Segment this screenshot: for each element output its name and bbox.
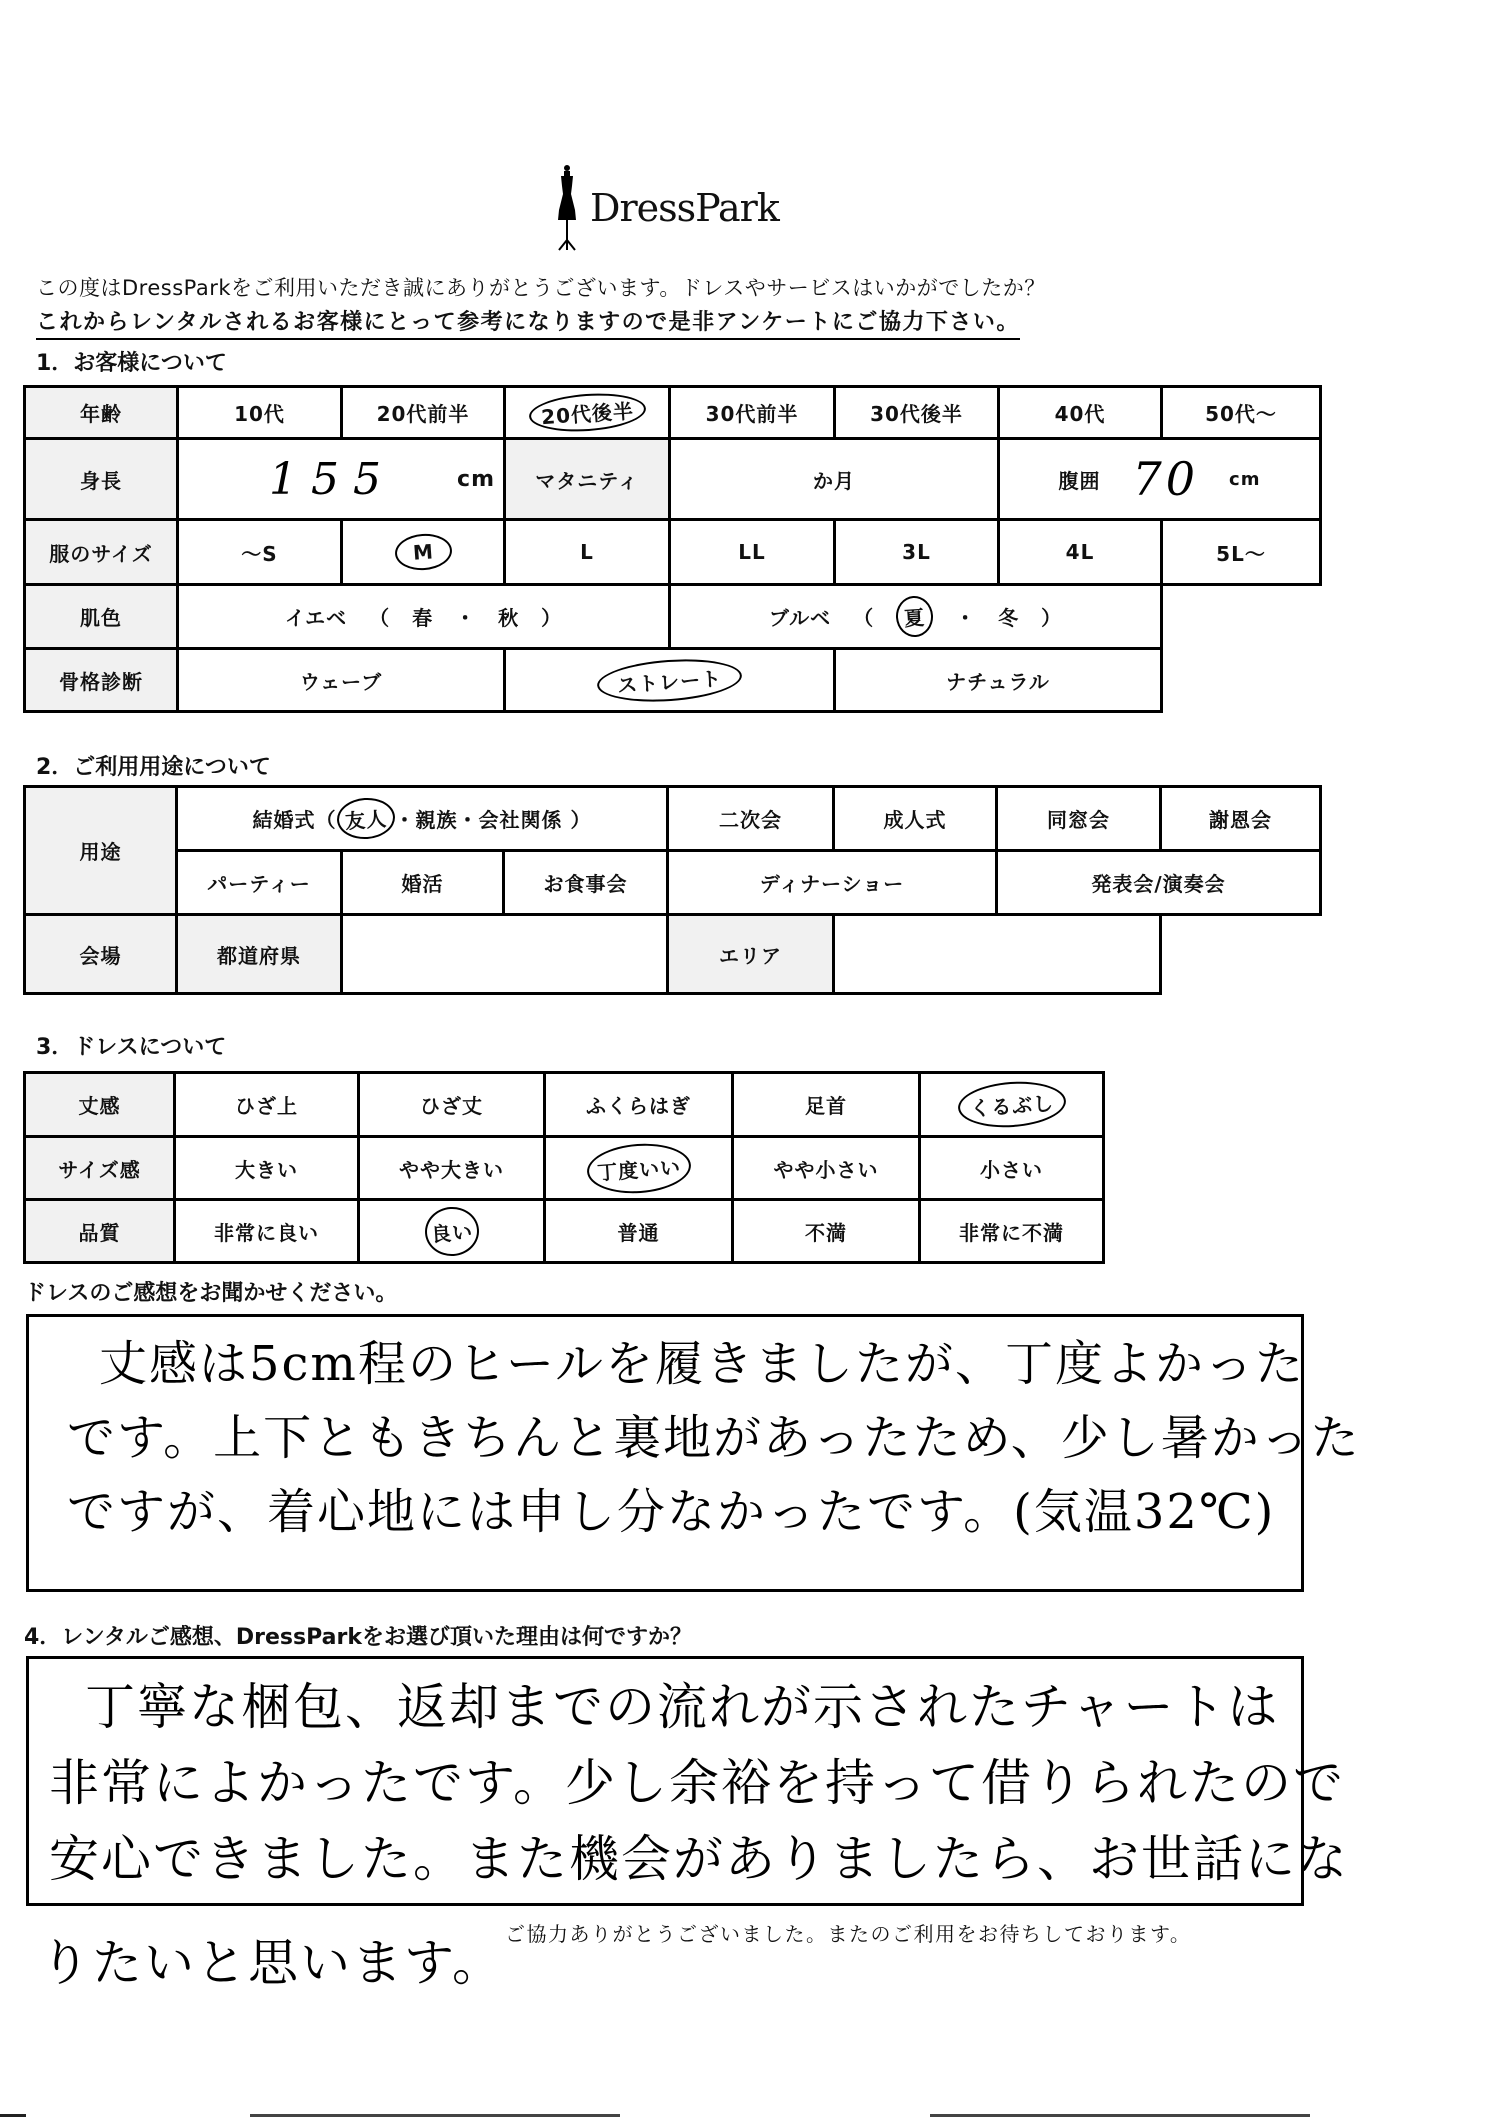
brand-name: DressPark [590,186,779,230]
selected-circle: ストレート [596,654,744,705]
skin-option-autumn[interactable]: 秋 [498,602,519,631]
scan-line [250,2114,620,2117]
height-value: 155 [269,454,395,505]
quality-option-poor[interactable]: 不満 [731,1198,921,1264]
quality-option-good[interactable]: 良い [357,1198,546,1264]
option-label: 5L〜 [1216,538,1266,567]
option-label: 婚活 [402,868,444,897]
age-option-10s[interactable]: 10代 [176,385,343,440]
frame-option-straight[interactable]: ストレート [503,647,836,713]
fit-option-slightly-small[interactable]: やや小さい [731,1135,921,1201]
option-label: ふくらはぎ [586,1090,691,1119]
waist-field[interactable]: 腹囲 70 cm [997,437,1322,521]
dress-comment-box[interactable]: 丈感は5cm程のヒールを履きましたが、丁度よかった です。上下ともきちんと裏地が… [26,1314,1304,1592]
age-option-early-20s[interactable]: 20代前半 [340,385,506,440]
length-label: 丈感 [23,1071,176,1138]
option-label: 10代 [234,398,285,427]
size-option-3l[interactable]: 3L [833,518,1000,586]
height-label: 身長 [23,437,179,521]
quality-option-very-poor[interactable]: 非常に不満 [918,1198,1105,1264]
option-label: 非常に良い [214,1217,319,1246]
skin-option-winter[interactable]: 冬 [998,602,1019,631]
prefecture-label: 都道府県 [175,913,343,995]
quality-option-average[interactable]: 普通 [543,1198,734,1264]
purpose-dinner[interactable]: お食事会 [502,849,669,916]
purpose-konkatsu[interactable]: 婚活 [340,849,505,916]
frame-option-wave[interactable]: ウェーブ [176,647,506,713]
option-label: 謝恩会 [1209,804,1272,833]
selected-circle: 20代後半 [527,390,646,435]
height-unit: cm [457,467,495,492]
scan-line [930,2114,1310,2117]
rental-comment-box[interactable]: 丁寧な梱包、返却までの流れが示されたチャートは 非常によかったです。少し余裕を持… [26,1656,1304,1906]
option-label: 4L [1066,540,1095,564]
age-label: 年齢 [23,385,179,440]
option-label: 20代前半 [377,398,470,427]
fit-label: サイズ感 [23,1135,176,1201]
yellow-base-label: イエベ [285,602,347,631]
comment-line: 非常によかったです。少し余裕を持って借りられたので [49,1745,1281,1821]
comment-line: ですが、着心地には申し分なかったです。(気温32℃) [49,1475,1281,1549]
maternity-label: マタニティ [503,437,671,521]
option-label: やや大きい [399,1154,504,1183]
fit-option-small[interactable]: 小さい [918,1135,1105,1201]
paren-open: （ [369,602,390,631]
wedding-suffix: ・親族・会社関係 ） [395,804,592,833]
option-label: L [580,540,594,564]
size-label: 服のサイズ [23,518,179,586]
area-field[interactable] [832,913,1162,995]
paren-close: ） [1041,602,1062,631]
quality-option-very-good[interactable]: 非常に良い [173,1198,360,1264]
months-unit: か月 [813,465,855,494]
purpose-dinner-show[interactable]: ディナーショー [666,849,998,916]
separator-dot: ・ [455,602,476,631]
intro-request: これからレンタルされるお客様にとって参考になりますので是非アンケートにご協力下さ… [36,305,1020,340]
comment-overflow-line: りたいと思います。 [40,1926,504,2000]
section2-heading: 2．ご利用用途について [36,750,271,781]
size-option-5l-plus[interactable]: 5L〜 [1160,518,1322,586]
option-label: 不満 [805,1217,847,1246]
option-label: LL [738,540,766,564]
option-label: 普通 [618,1217,660,1246]
maternity-months-field[interactable]: か月 [668,437,1000,521]
option-label: 大きい [235,1154,298,1183]
purpose-coming-of-age[interactable]: 成人式 [832,785,998,852]
footer-thanks: ご協力ありがとうございました。またのご利用をお待ちしております。 [505,1918,1191,1947]
dress-comment-prompt: ドレスのご感想をお聞かせください。 [24,1276,397,1307]
selected-circle: M [393,532,452,572]
age-option-early-30s[interactable]: 30代前半 [668,385,836,440]
section4-heading: 4．レンタルご感想、DressParkをお選び頂いた理由は何ですか？ [24,1620,692,1651]
skin-option-spring[interactable]: 春 [412,602,433,631]
fit-option-slightly-large[interactable]: やや大きい [357,1135,546,1201]
blue-base-label: ブルベ [769,602,831,631]
selected-circle: くるぶし [956,1078,1067,1130]
size-option-l[interactable]: L [503,518,671,586]
age-option-50s-plus[interactable]: 50代〜 [1160,385,1322,440]
scan-line [0,2114,26,2117]
age-option-late-20s[interactable]: 20代後半 [503,385,671,440]
selected-circle: 丁度いい [585,1140,692,1196]
option-label: 同窓会 [1047,804,1110,833]
option-label: 〜S [241,538,277,567]
section3-heading: 3．ドレスについて [36,1030,226,1061]
purpose-thank-you-party[interactable]: 謝恩会 [1159,785,1322,852]
fit-option-just-right[interactable]: 丁度いい [543,1135,734,1201]
option-label: ひざ上 [235,1090,298,1119]
purpose-after-party[interactable]: 二次会 [666,785,835,852]
option-label: 50代〜 [1205,398,1277,427]
age-option-40s[interactable]: 40代 [997,385,1163,440]
option-label: やや小さい [774,1154,879,1183]
prefecture-field[interactable] [340,913,669,995]
frame-label: 骨格診断 [23,647,179,713]
comment-line: です。上下ともきちんと裏地があったため、少し暑かった [49,1401,1281,1475]
option-label: ディナーショー [760,868,905,897]
wedding-option-friend[interactable]: 友人 [335,796,396,841]
size-option-ll[interactable]: LL [668,518,836,586]
option-label: 成人式 [884,804,947,833]
skin-label: 肌色 [23,583,179,650]
option-label: 30代前半 [706,398,799,427]
selected-circle: 良い [423,1205,480,1258]
length-option-anklebone[interactable]: くるぶし [918,1071,1105,1138]
section1-heading: 1．お客様について [36,346,227,377]
quality-label: 品質 [23,1198,176,1264]
size-option-m[interactable]: M [340,518,506,586]
option-label: 40代 [1055,398,1106,427]
purpose-wedding[interactable]: 結婚式（ 友人 ・親族・会社関係 ） [175,785,669,852]
comment-line: 丈感は5cm程のヒールを履きましたが、丁度よかった [49,1327,1281,1401]
fit-option-large[interactable]: 大きい [173,1135,360,1201]
option-label: お食事会 [544,868,628,897]
option-label: ナチュラル [946,666,1050,695]
venue-label: 会場 [23,913,178,995]
skin-option-summer[interactable]: 夏 [895,595,935,638]
skin-blue-base[interactable]: ブルベ （ 夏 ・ 冬 ） [668,583,1163,650]
comment-line: 安心できました。また機会がありましたら、お世話にな [49,1821,1281,1897]
skin-yellow-base[interactable]: イエベ （ 春 ・ 秋 ） [176,583,671,650]
paren-close: ） [541,602,562,631]
length-option-ankle[interactable]: 足首 [731,1071,921,1138]
purpose-recital[interactable]: 発表会/演奏会 [995,849,1322,916]
area-label: エリア [666,913,835,995]
option-label: パーティー [207,868,310,897]
size-option-4l[interactable]: 4L [997,518,1163,586]
size-option-s[interactable]: 〜S [176,518,343,586]
paren-open: （ [853,602,874,631]
height-field[interactable]: 155 cm [176,437,506,521]
option-label: 二次会 [719,804,782,833]
intro-text: この度はDressParkをご利用いただき誠にありがとうございます。ドレスやサー… [36,272,1046,302]
waist-label: 腹囲 [1059,465,1101,494]
dress-mannequin-icon [554,164,580,252]
waist-value: 70 [1133,452,1200,506]
option-label: 発表会/演奏会 [1091,868,1225,897]
option-label: 3L [902,540,931,564]
logo: DressPark [550,160,790,255]
option-label: ひざ丈 [420,1090,483,1119]
waist-unit: cm [1229,469,1260,490]
age-option-late-30s[interactable]: 30代後半 [833,385,1000,440]
option-label: 非常に不満 [959,1217,1064,1246]
separator-dot: ・ [955,602,976,631]
length-option-above-knee[interactable]: ひざ上 [173,1071,360,1138]
purpose-reunion[interactable]: 同窓会 [995,785,1162,852]
purpose-party[interactable]: パーティー [175,849,343,916]
option-label: 足首 [805,1090,847,1119]
option-label: ウェーブ [300,666,382,695]
length-option-calf[interactable]: ふくらはぎ [543,1071,734,1138]
comment-line: 丁寧な梱包、返却までの流れが示されたチャートは [49,1669,1281,1745]
purpose-label: 用途 [23,785,178,916]
option-label: 30代後半 [870,398,963,427]
length-option-knee[interactable]: ひざ丈 [357,1071,546,1138]
option-label: 小さい [980,1154,1043,1183]
wedding-prefix: 結婚式（ [253,804,337,833]
frame-option-natural[interactable]: ナチュラル [833,647,1163,713]
